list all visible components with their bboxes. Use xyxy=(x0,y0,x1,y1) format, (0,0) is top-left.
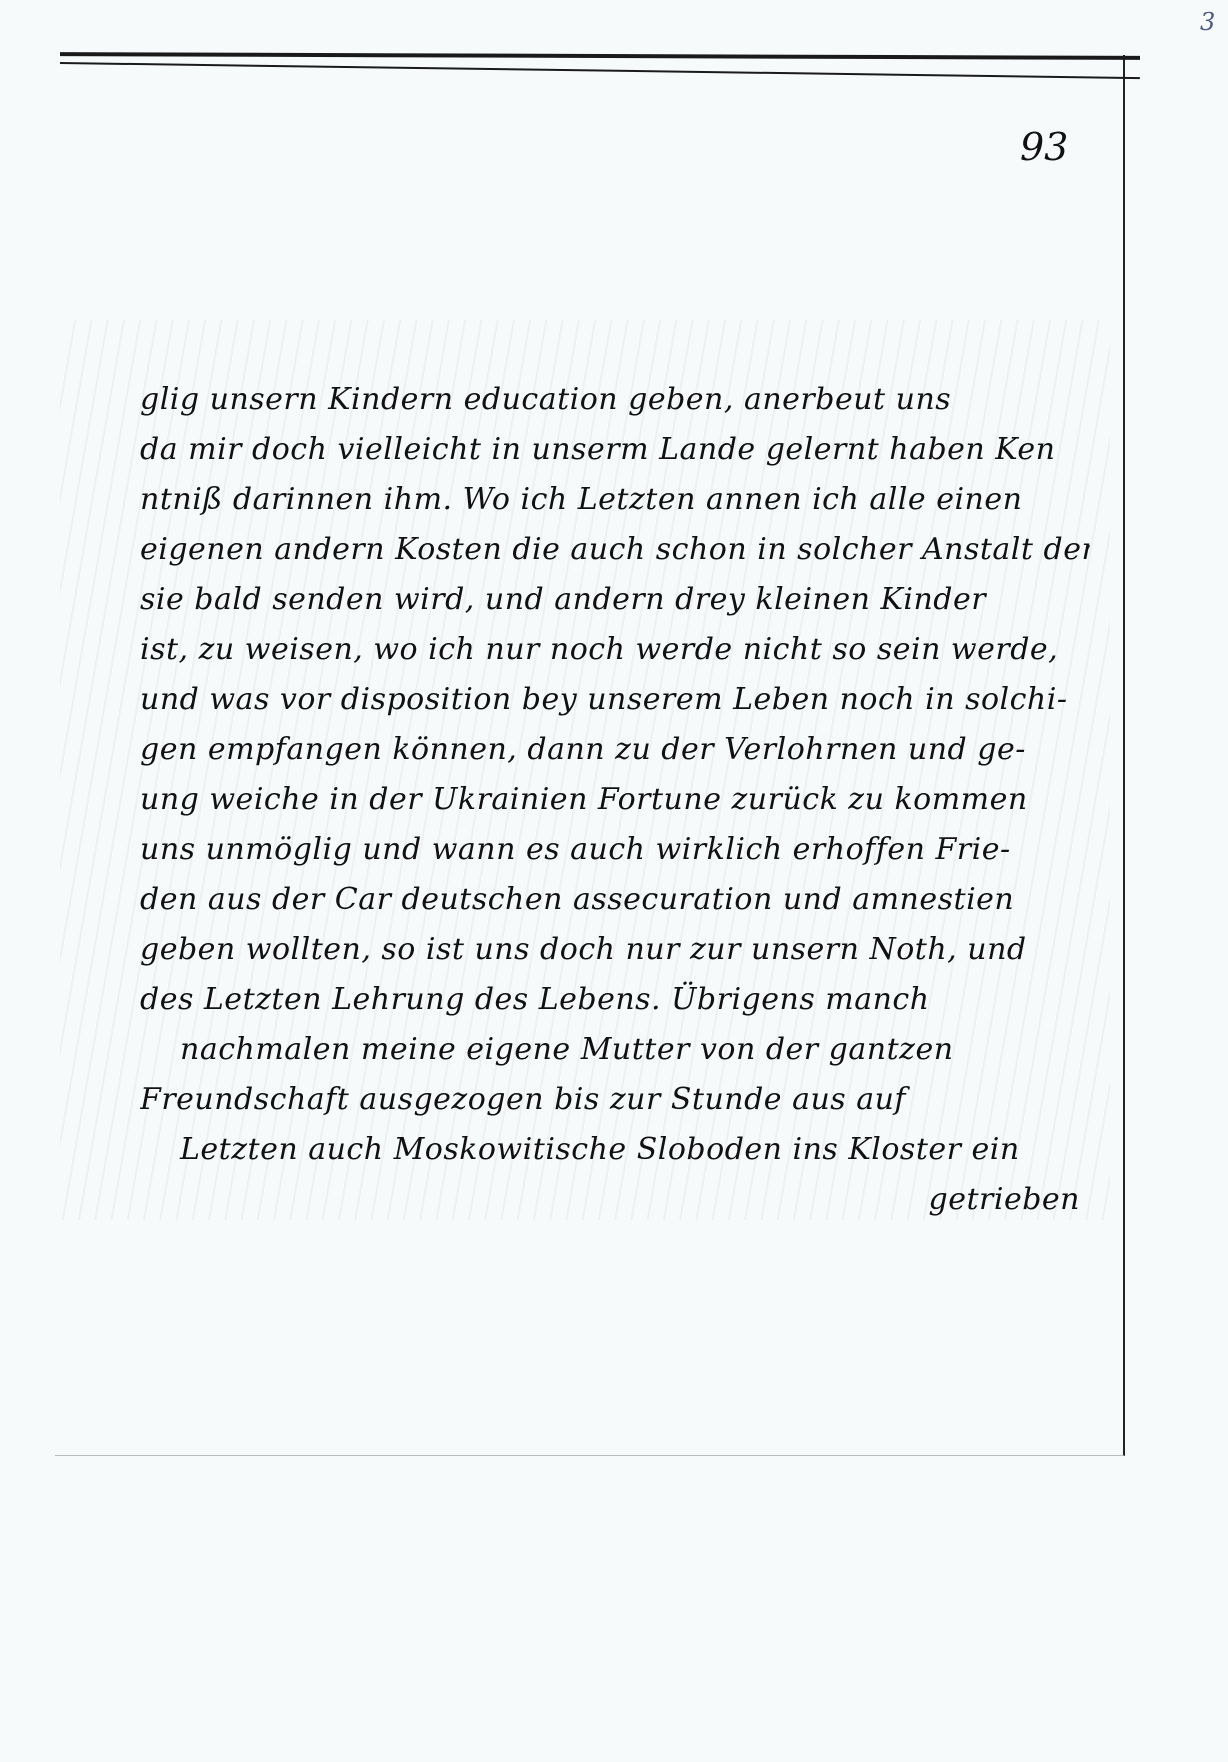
text-line: ist, zu weisen, wo ich nur noch werde ni… xyxy=(140,625,1090,675)
text-line: des Letzten Lehrung des Lebens. Übrigens… xyxy=(140,975,1090,1025)
text-line: getrieben xyxy=(140,1175,1090,1225)
text-line: ung weiche in der Ukrainien Fortune zurü… xyxy=(140,775,1090,825)
text-line: glig unsern Kindern education geben, ane… xyxy=(140,375,1090,425)
text-line: Letzten auch Moskowitische Sloboden ins … xyxy=(140,1125,1090,1175)
text-line: eigenen andern Kosten die auch schon in … xyxy=(140,525,1090,575)
text-line: ntniß darinnen ihm. Wo ich Letzten annen… xyxy=(140,475,1090,525)
text-line: Freundschaft ausgezogen bis zur Stunde a… xyxy=(140,1075,1090,1125)
text-line: geben wollten, so ist uns doch nur zur u… xyxy=(140,925,1090,975)
text-line: nachmalen meine eigene Mutter von der ga… xyxy=(140,1025,1090,1075)
text-line: da mir doch vielleicht in unserm Lande g… xyxy=(140,425,1090,475)
text-line: den aus der Car deutschen assecuration u… xyxy=(140,875,1090,925)
text-line: gen empfangen können, dann zu der Verloh… xyxy=(140,725,1090,775)
text-line: uns unmöglig und wann es auch wirklich e… xyxy=(140,825,1090,875)
folio-number: 93 xyxy=(1020,125,1068,169)
handwritten-text-block: glig unsern Kindern education geben, ane… xyxy=(140,375,1090,1225)
archive-page-number: 3 xyxy=(1200,8,1215,36)
text-line: sie bald senden wird, und andern drey kl… xyxy=(140,575,1090,625)
text-line: und was vor disposition bey unserem Lebe… xyxy=(140,675,1090,725)
